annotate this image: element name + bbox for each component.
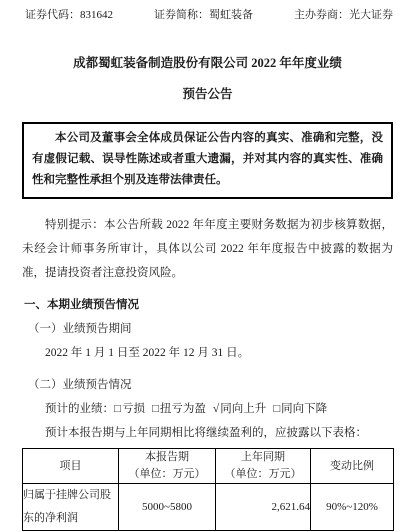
forecast-type-label: 预计的业绩： (45, 403, 114, 415)
securities-header: 证券代码：831642 证券简称：蜀虹装备 主办券商：光大证券 (25, 8, 393, 22)
checkbox-unchecked-icon: □ (114, 403, 121, 415)
forecast-type-line: 预计的业绩：□亏损□扭亏为盈√同向上升□同向下降 (22, 397, 393, 421)
column-header-current-period: 本报告期 （单位：万元） (119, 449, 216, 484)
column-header-prior-period-line2: （单位：万元） (216, 466, 310, 483)
document-title-line1: 成都蜀虹装备制造股份有限公司 2022 年年度业绩 (22, 48, 393, 79)
stock-name-label: 证券简称： (154, 9, 209, 21)
column-header-item: 项目 (23, 449, 119, 484)
column-header-current-period-line2: （单位：万元） (119, 466, 215, 483)
earnings-forecast-table: 项目 本报告期 （单位：万元） 上年同期 （单位：万元） 变动比例 归属于挂牌公… (22, 448, 394, 531)
table-intro-text: 预计本报告期与上年同期相比将继续盈利的，应披露以下表格： (22, 421, 393, 445)
option-turnaround: □扭亏为盈 (152, 403, 206, 415)
document-title-line2: 预告公告 (22, 79, 393, 110)
board-statement-box: 本公司及董事会全体成员保证公告内容的真实、准确和完整，没有虚假记载、误导性陈述或… (22, 122, 393, 199)
table-header-row: 项目 本报告期 （单位：万元） 上年同期 （单位：万元） 变动比例 (23, 449, 394, 484)
stock-code-value: 831642 (80, 9, 113, 21)
document-title: 成都蜀虹装备制造股份有限公司 2022 年年度业绩 预告公告 (22, 48, 393, 110)
option-same-direction-down: □同向下降 (273, 403, 327, 415)
document-page: 证券代码：831642 证券简称：蜀虹装备 主办券商：光大证券 成都蜀虹装备制造… (0, 0, 413, 531)
option-loss-label: 亏损 (122, 403, 145, 415)
option-turnaround-label: 扭亏为盈 (160, 403, 206, 415)
sponsor-value: 光大证券 (349, 9, 393, 21)
special-note-text: 特别提示：本公告所载 2022 年年度主要财务数据为初步核算数据，未经会计师事务… (22, 219, 393, 279)
sponsor: 主办券商：光大证券 (294, 8, 393, 22)
section1-sub2-heading: （二）业绩预告情况 (22, 373, 393, 397)
stock-code-label: 证券代码： (25, 9, 80, 21)
row-item-name: 归属于挂牌公司股东的净利润 (23, 484, 119, 531)
column-header-current-period-line1: 本报告期 (119, 449, 215, 466)
special-note-paragraph: 特别提示：本公告所载 2022 年年度主要财务数据为初步核算数据，未经会计师事务… (22, 213, 393, 285)
forecast-period-text: 2022 年 1 月 1 日至 2022 年 12 月 31 日。 (22, 341, 393, 365)
option-same-direction-down-label: 同向下降 (281, 403, 327, 415)
stock-name-value: 蜀虹装备 (209, 9, 253, 21)
column-header-change-ratio: 变动比例 (311, 449, 394, 484)
row-prior-period-value: 2,621.64 (216, 484, 311, 531)
option-same-direction-up-label: 同向上升 (220, 403, 266, 415)
checkbox-unchecked-icon: □ (152, 403, 159, 415)
option-loss: □亏损 (114, 403, 145, 415)
row-current-period-value: 5000~5800 (119, 484, 216, 531)
option-same-direction-up: √同向上升 (213, 403, 266, 415)
sponsor-label: 主办券商： (294, 9, 349, 21)
checkbox-unchecked-icon: □ (273, 403, 280, 415)
row-change-ratio-value: 90%~120% (311, 484, 394, 531)
section1-heading: 一、本期业绩预告情况 (24, 293, 393, 317)
section1-sub1-heading: （一）业绩预告期间 (22, 317, 393, 341)
stock-name: 证券简称：蜀虹装备 (154, 8, 253, 22)
column-header-prior-period: 上年同期 （单位：万元） (216, 449, 311, 484)
stock-code: 证券代码：831642 (25, 8, 113, 22)
checkbox-checked-icon: √ (213, 403, 219, 415)
table-row: 归属于挂牌公司股东的净利润 5000~5800 2,621.64 90%~120… (23, 484, 394, 531)
column-header-prior-period-line1: 上年同期 (216, 449, 310, 466)
board-statement-text: 本公司及董事会全体成员保证公告内容的真实、准确和完整，没有虚假记载、误导性陈述或… (32, 132, 383, 186)
